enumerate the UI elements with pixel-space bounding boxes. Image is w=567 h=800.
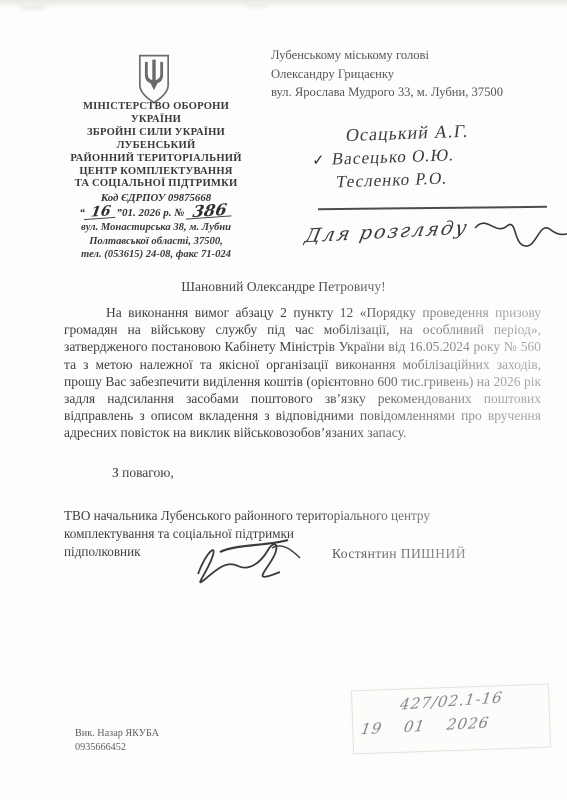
handwritten-name: Осацький А.Г.	[345, 121, 471, 146]
executor-phone: 0935666452	[75, 741, 159, 755]
signature-flourish	[473, 210, 567, 252]
executor-block: Вик. Назар ЯКУБА 0935666452	[75, 727, 159, 754]
handwritten-note: Для розгляду	[306, 210, 556, 252]
handwritten-name: Тесленко Р.О.	[335, 168, 449, 192]
handwritten-name: Васецько О.Ю.	[331, 145, 456, 169]
scan-smudge	[18, 4, 48, 10]
edrpou-code: Код ЄДРПОУ 09875668	[34, 192, 278, 205]
handwritten-note-text: Для розгляду	[303, 217, 471, 247]
handwritten-day: 16	[84, 205, 118, 220]
handwritten-signature	[176, 526, 306, 603]
scan-edge-artifact	[0, 0, 567, 8]
recipient-title: Лубенському міському голові	[271, 46, 561, 65]
org-name-line: РАЙОННИЙ ТЕРИТОРІАЛЬНИЙ	[34, 153, 278, 166]
org-address-line: вул. Монастирська 38, м. Лубни	[34, 221, 278, 234]
handwritten-outgoing-number: 386	[186, 204, 234, 220]
handwritten-registration-number: 427/02.1-16	[399, 688, 504, 713]
date-middle: ”01. 2026 р. №	[117, 207, 185, 219]
org-address-line: Полтавської області, 37500,	[34, 235, 278, 248]
letterhead: МІНІСТЕРСТВО ОБОРОНИ УКРАЇНИ ЗБРОЙНІ СИЛ…	[34, 101, 278, 261]
check-icon: ✓	[312, 151, 329, 171]
org-name-line: ЦЕНТР КОМПЛЕКТУВАННЯ	[34, 166, 278, 179]
scanned-letter-page: МІНІСТЕРСТВО ОБОРОНИ УКРАЇНИ ЗБРОЙНІ СИЛ…	[0, 0, 567, 800]
handwritten-resolution-list: Осацький А.Г. ✓ Васецько О.Ю. Тесленко Р…	[308, 122, 558, 192]
recipient-block: Лубенському міському голові Олександру Г…	[271, 46, 561, 102]
scan-smudge	[246, 2, 268, 8]
outgoing-date-number-line: “16”01. 2026 р. № 386	[34, 205, 278, 221]
closing-phrase: З повагою,	[112, 465, 174, 481]
org-name-line: УКРАЇНИ	[34, 114, 278, 127]
recipient-address: вул. Ярослава Мудрого 33, м. Лубни, 3750…	[271, 83, 561, 102]
body-paragraph: На виконання вимог абзацу 2 пункту 12 «П…	[64, 304, 541, 442]
signer-position-line: ТВО начальника Лубенського районного тер…	[64, 507, 546, 525]
signer-name: Костянтин ПИШНИЙ	[332, 546, 466, 562]
handwritten-registration-date: 19 01 2026	[360, 713, 491, 738]
org-name-line: ЗБРОЙНІ СИЛИ УКРАЇНИ	[34, 127, 278, 140]
org-name-line: ТА СОЦІАЛЬНОЇ ПІДТРИМКИ	[34, 178, 278, 191]
recipient-name: Олександру Грицаєнку	[271, 65, 561, 84]
registration-stamp: 427/02.1-16 19 01 2026	[351, 684, 551, 755]
executor-name: Вик. Назар ЯКУБА	[75, 727, 159, 741]
org-name-line: МІНІСТЕРСТВО ОБОРОНИ	[34, 101, 278, 114]
org-name-line: ЛУБЕНСЬКИЙ	[34, 140, 278, 153]
org-address-line: тел. (053615) 24-08, факс 71-024	[34, 248, 278, 261]
salutation: Шановний Олександре Петровичу!	[0, 279, 567, 295]
